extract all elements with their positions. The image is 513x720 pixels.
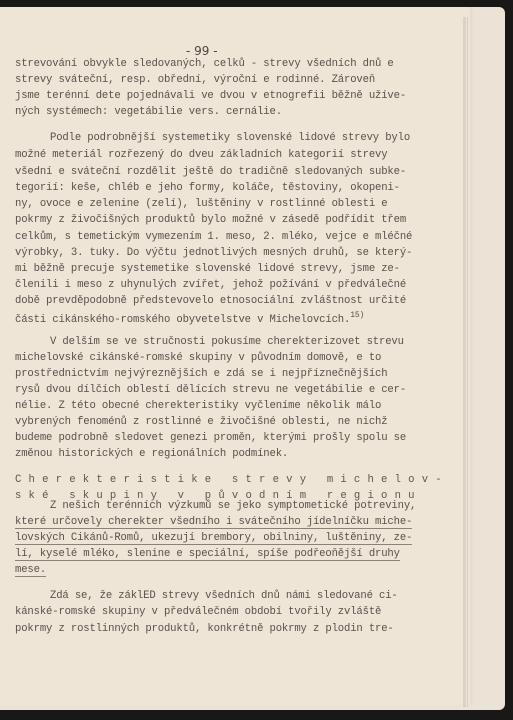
text-line: strevy sváteční, resp. obřední, výroční … bbox=[15, 74, 375, 86]
text-line: strevování obvykle sledovaných, celků - … bbox=[15, 58, 394, 70]
text-line: prostřednictvím nejvýreznějších e zdá se… bbox=[15, 368, 387, 380]
text-line: mese. bbox=[15, 564, 46, 577]
text-line: nélie. Z této obecné cherekteristiky vyč… bbox=[15, 400, 381, 412]
text-line: možné meteriál rozřezený do dveu základn… bbox=[15, 149, 387, 161]
text-line: V delším se ve stručnosti pokusíme chere… bbox=[50, 336, 404, 348]
text-line: ny, ovoce e zelenine (zelí), luštěniny v… bbox=[15, 198, 387, 210]
page-number: - 99 - bbox=[186, 44, 218, 58]
text-line: michelovské cikánské-romské skupiny v pů… bbox=[15, 352, 381, 364]
text-line: tegorií: keše, chléb e jeho formy, koláč… bbox=[15, 182, 400, 194]
text-line: lovských Cikánů-Romů, ukezují brembory, … bbox=[15, 532, 412, 545]
text-line: části cikánského-romského obyvetelstve v… bbox=[15, 311, 364, 326]
text-line: Zdá se, že záklED strevy všedních dnů ná… bbox=[50, 590, 398, 602]
text-line: pokrmy z živočišných produktů bylo možné… bbox=[15, 214, 406, 226]
document-page: - 99 - strevování obvykle sledovaných, c… bbox=[0, 7, 470, 705]
section-heading: ské skupiny v původním regionu bbox=[15, 490, 422, 502]
text-line: mi běžně precuje systemetike slovenské l… bbox=[15, 263, 400, 275]
text-line: jsme terénní dete pojednávali ve dvou v … bbox=[15, 90, 406, 102]
text-line: členili i meso z uhynulých zvířet, jehož… bbox=[15, 279, 406, 291]
text-line: vybrených fenoménů z rostlinné e živočiš… bbox=[15, 416, 387, 428]
page-edge bbox=[463, 17, 466, 707]
text-line: budeme podrobně sledovet genezi proměn, … bbox=[15, 432, 406, 444]
text-line: kánské-romské skupiny v předválečném obd… bbox=[15, 606, 381, 618]
text-line: celkům, s temetickým vymezením 1. meso, … bbox=[15, 231, 412, 243]
text-line: lí, kyselé mléko, slenine e speciální, s… bbox=[15, 548, 400, 561]
text-line: rysů dvou dílčích oblestí dělících strev… bbox=[15, 384, 406, 396]
footnote-marker: 15) bbox=[350, 311, 364, 320]
text-line: změnou historických e regionálních podmí… bbox=[15, 448, 288, 460]
text-line: které určovely cherekter všedního i svát… bbox=[15, 516, 412, 529]
text-line: pokrmy z rostlinných produktů, konkrétně… bbox=[15, 623, 394, 635]
page-edge bbox=[467, 17, 468, 707]
text-line: výrobky, 3. tuky. Do výčtu jednotlivých … bbox=[15, 247, 412, 259]
text-line: době prevděpodobně předstevovelo etnosoc… bbox=[15, 295, 406, 307]
section-heading: Cherekteristike strevy michelov- bbox=[15, 474, 449, 486]
text-line: ných systémech: vegetábilie vers. cernál… bbox=[15, 106, 282, 118]
text-line: Podle podrobnější systemetiky slovenské … bbox=[50, 132, 410, 144]
text-line: všední e sváteční rozdělit ještě do trad… bbox=[15, 166, 406, 178]
